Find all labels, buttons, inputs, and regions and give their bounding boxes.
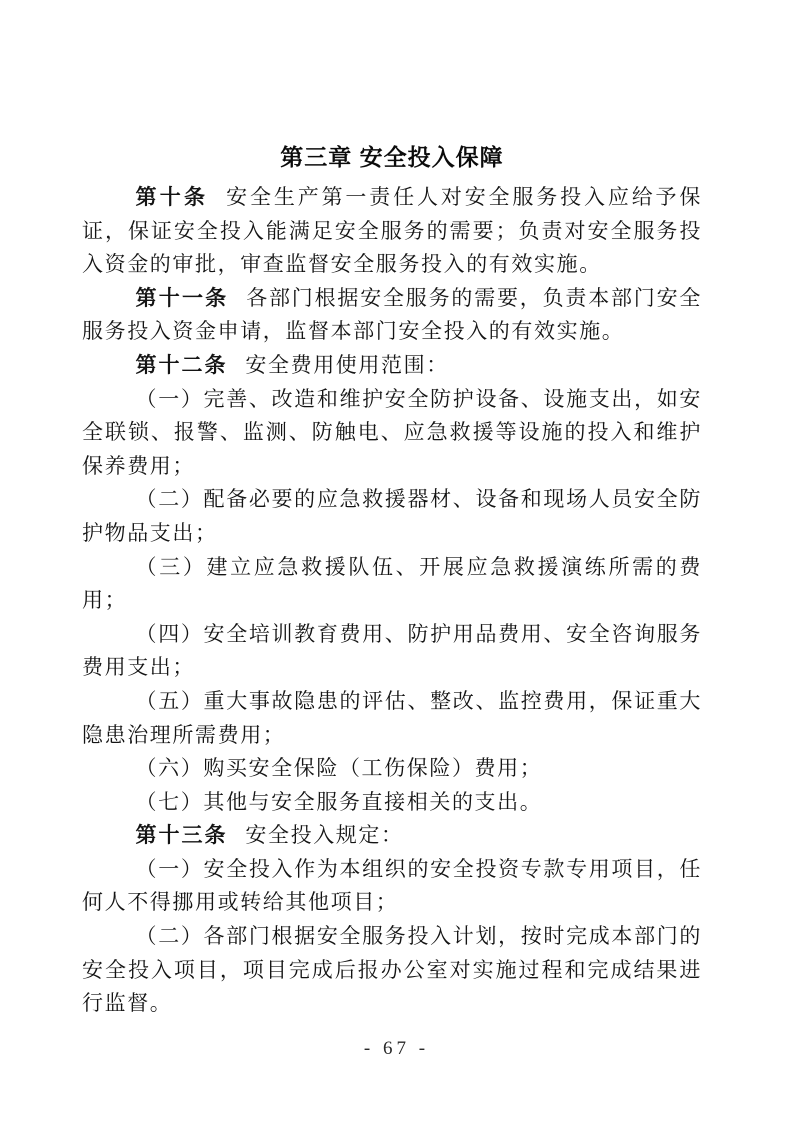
- paragraph-text: 安全费用使用范围：: [245, 353, 448, 377]
- paragraph-text: （三）建立应急救援队伍、开展应急救援演练所需的费用；: [82, 555, 702, 613]
- paragraph-item-2: （二）配备必要的应急救援器材、设备和现场人员安全防护物品支出；: [82, 483, 702, 550]
- paragraph-article-13: 第十三条安全投入规定：: [82, 819, 702, 853]
- paragraph-item-3: （三）建立应急救援队伍、开展应急救援演练所需的费用；: [82, 551, 702, 618]
- paragraph-text: （二）各部门根据安全服务投入计划，按时完成本部门的安全投入项目，项目完成后报办公…: [82, 924, 702, 1015]
- paragraph-article-12: 第十二条安全费用使用范围：: [82, 349, 702, 383]
- page-content: 第三章 安全投入保障 第十条安全生产第一责任人对安全服务投入应给予保证，保证安全…: [82, 141, 702, 1021]
- paragraph-text: 安全投入规定：: [245, 823, 403, 847]
- paragraph-item-7: （七）其他与安全服务直接相关的支出。: [82, 786, 702, 820]
- chapter-title: 第三章 安全投入保障: [82, 141, 702, 174]
- page-number: - 67 -: [0, 1038, 793, 1060]
- paragraph-item-4: （四）安全培训教育费用、防护用品费用、安全咨询服务费用支出；: [82, 618, 702, 685]
- document-page: 第三章 安全投入保障 第十条安全生产第一责任人对安全服务投入应给予保证，保证安全…: [0, 0, 793, 1122]
- article-number: 第十二条: [136, 353, 228, 377]
- paragraph-article-11: 第十一条各部门根据安全服务的需要，负责本部门安全服务投入资金申请，监督本部门安全…: [82, 282, 702, 349]
- article-number: 第十条: [136, 185, 209, 209]
- paragraph-text: （四）安全培训教育费用、防护用品费用、安全咨询服务费用支出；: [82, 622, 702, 680]
- paragraph-text: （七）其他与安全服务直接相关的支出。: [136, 790, 543, 814]
- paragraph-text: （一）完善、改造和维护安全防护设备、设施支出，如安全联锁、报警、监测、防触电、应…: [82, 387, 702, 478]
- paragraph-item-8: （一）安全投入作为本组织的安全投资专款专用项目，任何人不得挪用或转给其他项目；: [82, 853, 702, 920]
- paragraph-item-1: （一）完善、改造和维护安全防护设备、设施支出，如安全联锁、报警、监测、防触电、应…: [82, 383, 702, 484]
- paragraph-text: （六）购买安全保险（工伤保险）费用；: [136, 756, 543, 780]
- paragraph-item-6: （六）购买安全保险（工伤保险）费用；: [82, 752, 702, 786]
- article-number: 第十三条: [136, 823, 228, 847]
- paragraph-item-9: （二）各部门根据安全服务投入计划，按时完成本部门的安全投入项目，项目完成后报办公…: [82, 920, 702, 1021]
- paragraph-text: （五）重大事故隐患的评估、整改、监控费用，保证重大隐患治理所需费用；: [82, 689, 702, 747]
- paragraph-article-10: 第十条安全生产第一责任人对安全服务投入应给予保证，保证安全投入能满足安全服务的需…: [82, 181, 702, 282]
- article-number: 第十一条: [136, 286, 229, 310]
- paragraph-item-5: （五）重大事故隐患的评估、整改、监控费用，保证重大隐患治理所需费用；: [82, 685, 702, 752]
- paragraph-text: （一）安全投入作为本组织的安全投资专款专用项目，任何人不得挪用或转给其他项目；: [82, 857, 702, 915]
- paragraph-text: （二）配备必要的应急救援器材、设备和现场人员安全防护物品支出；: [82, 487, 702, 545]
